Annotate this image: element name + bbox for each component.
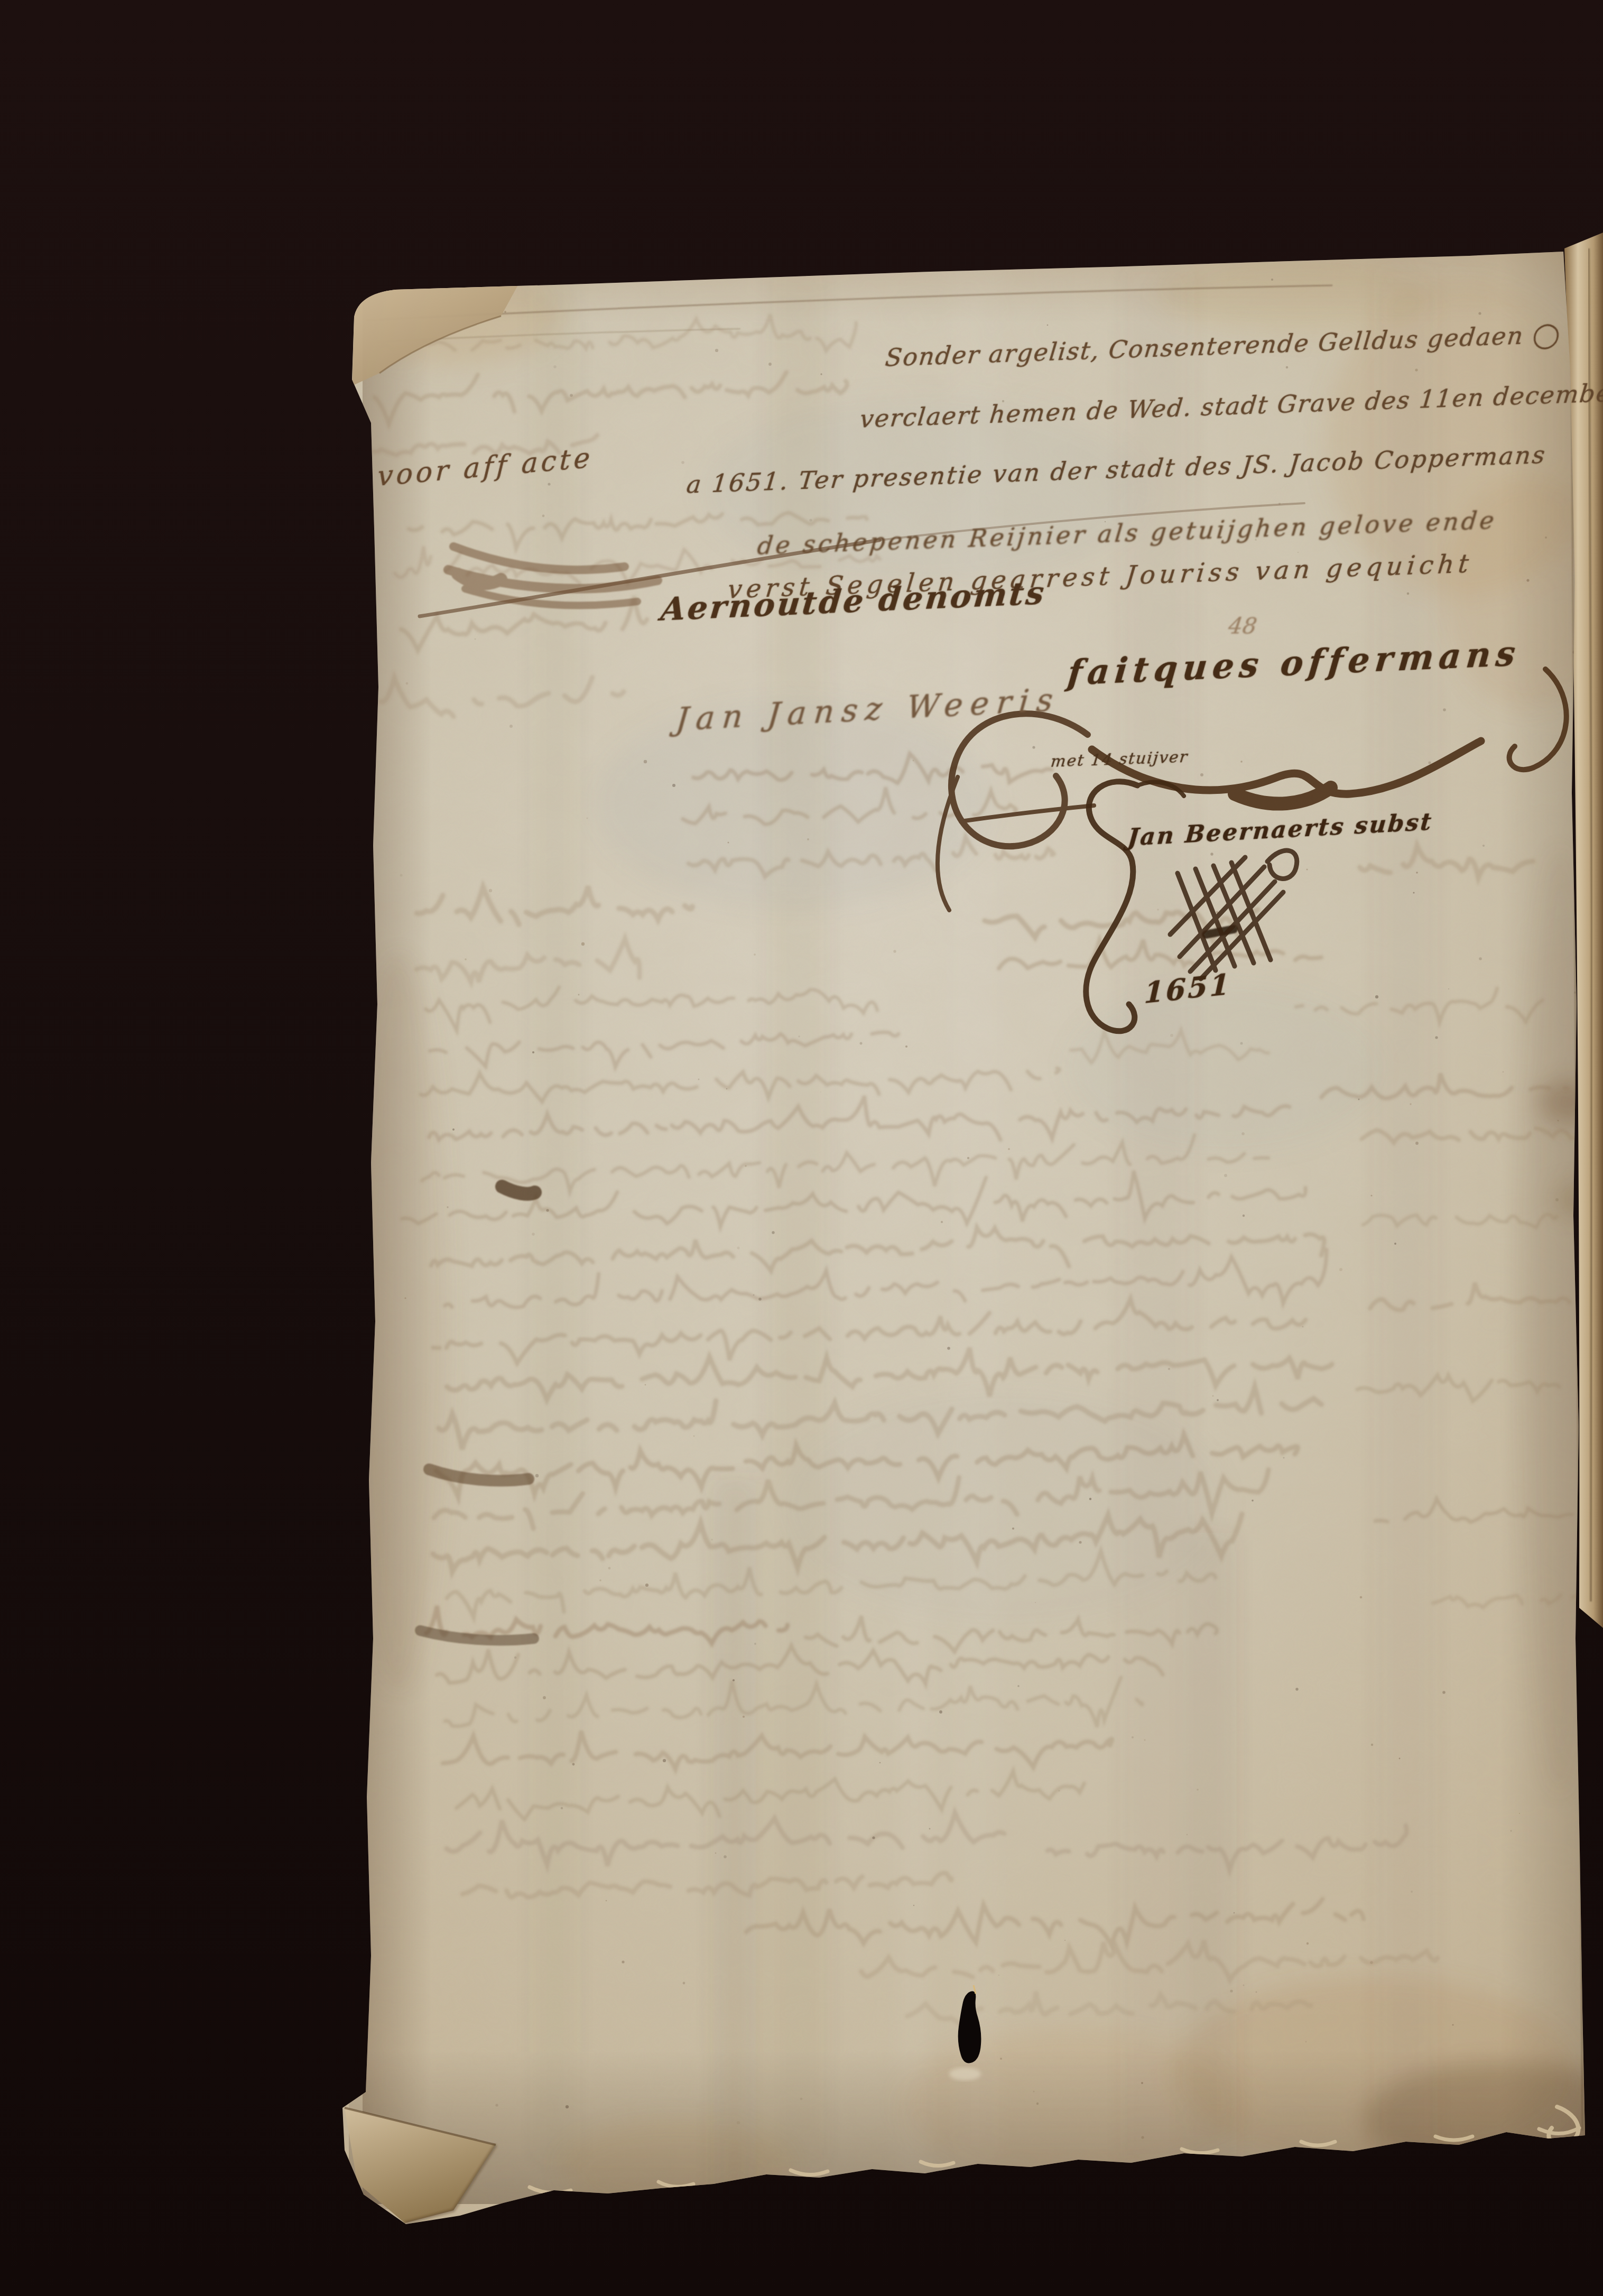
stray-number: 48 — [1227, 613, 1258, 639]
hole-highlight — [949, 2068, 981, 2080]
photo-of-manuscript: Sonder argelist, Consenterende Gelldus g… — [0, 0, 1603, 2296]
